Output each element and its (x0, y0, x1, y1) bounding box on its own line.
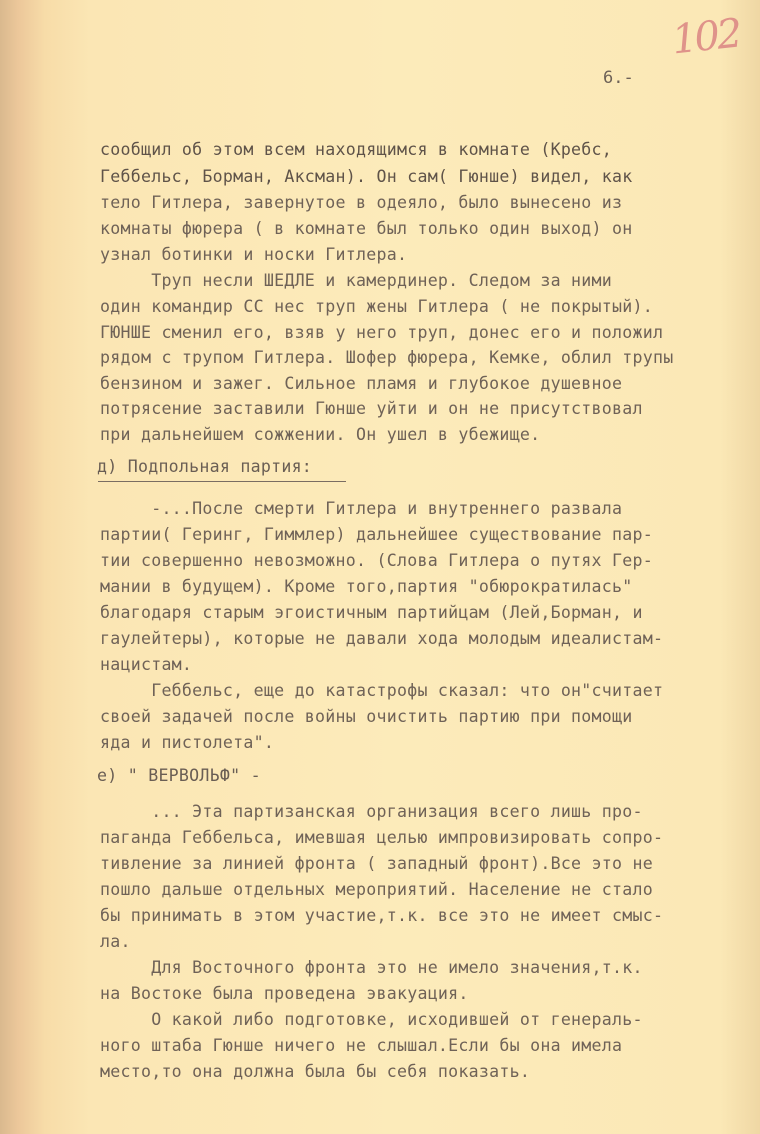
section-heading-werwolf: е) " ВЕРВОЛЬФ" - (97, 764, 261, 788)
text-line: бы принимать в этом участие,т.к. все это… (100, 904, 663, 928)
text-line: при дальнейшем сожжении. Он ушел в убежи… (100, 423, 540, 447)
text-line: комнаты фюрера ( в комнате был только од… (100, 217, 633, 241)
text-line: гаулейтеры), которые не давали хода моло… (100, 627, 663, 651)
text-line: пошло дальше отдельных мероприятий. Насе… (100, 878, 653, 902)
text-line: партии( Геринг, Гиммлер) дальнейшее суще… (100, 523, 653, 547)
text-line: ... Эта партизанская организация всего л… (100, 800, 643, 824)
text-line: потрясение заставили Гюнше уйти и он не … (100, 397, 643, 421)
text-line: ного штаба Гюнше ничего не слышал.Если б… (100, 1034, 622, 1058)
text-line: рядом с трупом Гитлера. Шофер фюрера, Ке… (100, 346, 673, 370)
text-line: Геббельс, Борман, Аксман). Он сам( Гюнше… (100, 165, 633, 189)
text-line: один командир СС нес труп жены Гитлера (… (100, 295, 653, 319)
section-heading-underground-party: д) Подпольная партия: (97, 455, 312, 479)
text-line: нацистам. (100, 653, 192, 677)
text-line: яда и пистолета". (100, 731, 274, 755)
text-line: Для Восточного фронта это не имело значе… (100, 956, 643, 980)
text-line: паганда Геббельса, имевшая целью импрови… (100, 826, 663, 850)
text-line: своей задачей после войны очистить парти… (100, 705, 633, 729)
text-line: бензином и зажег. Сильное пламя и глубок… (100, 372, 622, 396)
text-line: тивление за линией фронта ( западный фро… (100, 852, 653, 876)
text-line: на Востоке была проведена эвакуация. (100, 982, 469, 1006)
heading-underline (98, 481, 346, 482)
text-line: место,то она должна была бы себя показат… (100, 1060, 530, 1084)
text-line: благодаря старым эгоистичным партийцам (… (100, 601, 643, 625)
text-line: Геббельс, еще до катастрофы сказал: что … (100, 679, 663, 703)
text-line: сообщил об этом всем находящимся в комна… (100, 138, 612, 162)
text-line: ла. (100, 930, 131, 954)
archive-stamp: 102 (670, 11, 742, 64)
text-line: -...После смерти Гитлера и внутреннего р… (100, 497, 622, 521)
text-line: мании в будущем). Кроме того,партия "обю… (100, 575, 633, 599)
text-line: тии совершенно невозможно. (Слова Гитлер… (100, 549, 653, 573)
page-number: 6.- (603, 68, 634, 88)
text-line: Труп несли ШЕДЛЕ и камердинер. Следом за… (100, 269, 612, 293)
text-line: О какой либо подготовке, исходившей от г… (100, 1008, 643, 1032)
text-line: тело Гитлера, завернутое в одеяло, было … (100, 191, 622, 215)
text-line: узнал ботинки и носки Гитлера. (100, 243, 407, 267)
text-line: ГЮНШЕ сменил его, взяв у него труп, доне… (100, 321, 663, 345)
